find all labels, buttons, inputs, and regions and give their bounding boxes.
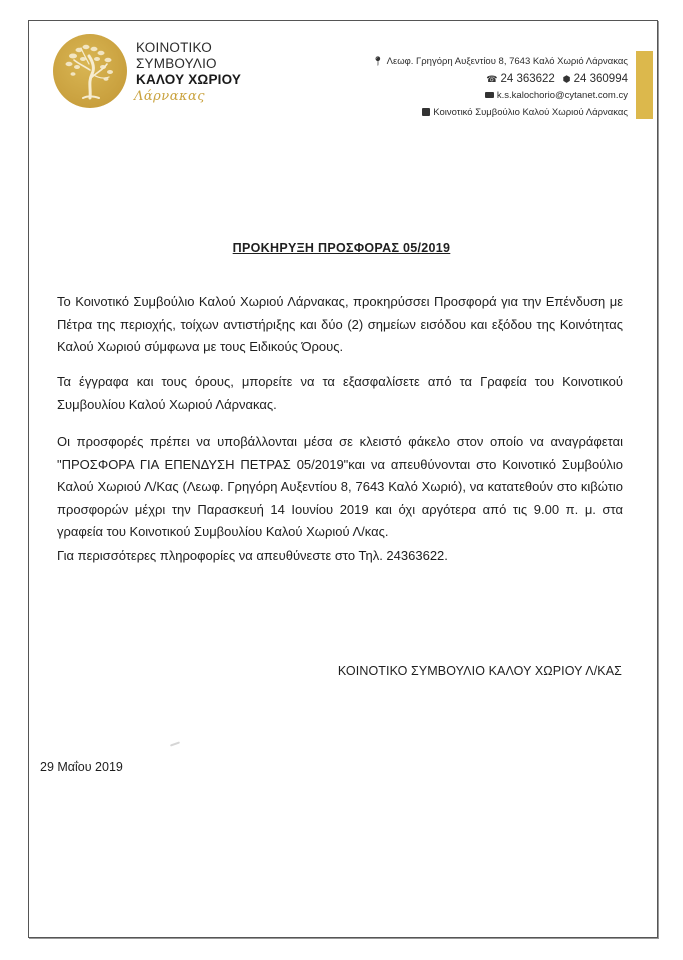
facebook-link[interactable]: Κοινοτικό Συμβούλιο Καλού Χωριού Λάρνακα… [433,107,628,118]
document-date: 29 Μαΐου 2019 [40,760,123,774]
email-row: k.s.kalochorio@cytanet.com.cy [372,88,628,105]
paragraph-documents: Τα έγγραφα και τους όρους, μπορείτε να τ… [57,371,623,416]
fax-number: 24 360994 [574,73,628,85]
phone-number[interactable]: 24 363622 [500,73,554,85]
phone-icon: ☎︎ [486,71,497,88]
contact-block: 📍︎Λεωφ. Γρηγόρη Αυξεντίου 8, 7643 Καλό Χ… [372,53,628,121]
olive-tree-logo-icon [53,34,127,108]
org-name-line-1: ΚΟΙΝΟΤΙΚΟ [136,40,241,56]
paragraph-announcement: Το Κοινοτικό Συμβούλιο Καλού Χωριού Λάρν… [57,291,623,359]
phone-row: ☎︎24 363622 ⬢24 360994 [372,71,628,89]
envelope-icon [485,92,494,98]
facebook-icon [422,108,430,116]
letterhead-accent-bar [636,51,653,119]
address-row: 📍︎Λεωφ. Γρηγόρη Αυξεντίου 8, 7643 Καλό Χ… [372,53,628,71]
location-pin-icon: 📍︎ [372,53,383,70]
address-text: Λεωφ. Γρηγόρη Αυξεντίου 8, 7643 Καλό Χωρ… [387,56,628,67]
org-name-line-2: ΣΥΜΒΟΥΛΙΟ [136,56,241,72]
organization-name: ΚΟΙΝΟΤΙΚΟ ΣΥΜΒΟΥΛΙΟ ΚΑΛΟΥ ΧΩΡΙΟΥ Λάρνακα… [136,40,241,105]
org-name-script: Λάρνακας [134,89,241,105]
paragraph-contact-info: Για περισσότερες πληροφορίες να απευθύνε… [57,545,623,568]
signature-block: ΚΟΙΝΟΤΙΚΟ ΣΥΜΒΟΥΛΙΟ ΚΑΛΟΥ ΧΩΡΙΟΥ Λ/ΚΑΣ [338,664,622,678]
org-name-line-3: ΚΑΛΟΥ ΧΩΡΙΟΥ [136,72,241,88]
facebook-row: Κοινοτικό Συμβούλιο Καλού Χωριού Λάρνακα… [372,105,628,122]
email-link[interactable]: k.s.kalochorio@cytanet.com.cy [497,90,628,101]
fax-icon: ⬢ [563,71,571,88]
document-title: ΠΡΟΚΗΡΥΞΗ ΠΡΟΣΦΟΡΑΣ 05/2019 [0,241,683,255]
paragraph-submission: Οι προσφορές πρέπει να υποβάλλονται μέσα… [57,431,623,544]
